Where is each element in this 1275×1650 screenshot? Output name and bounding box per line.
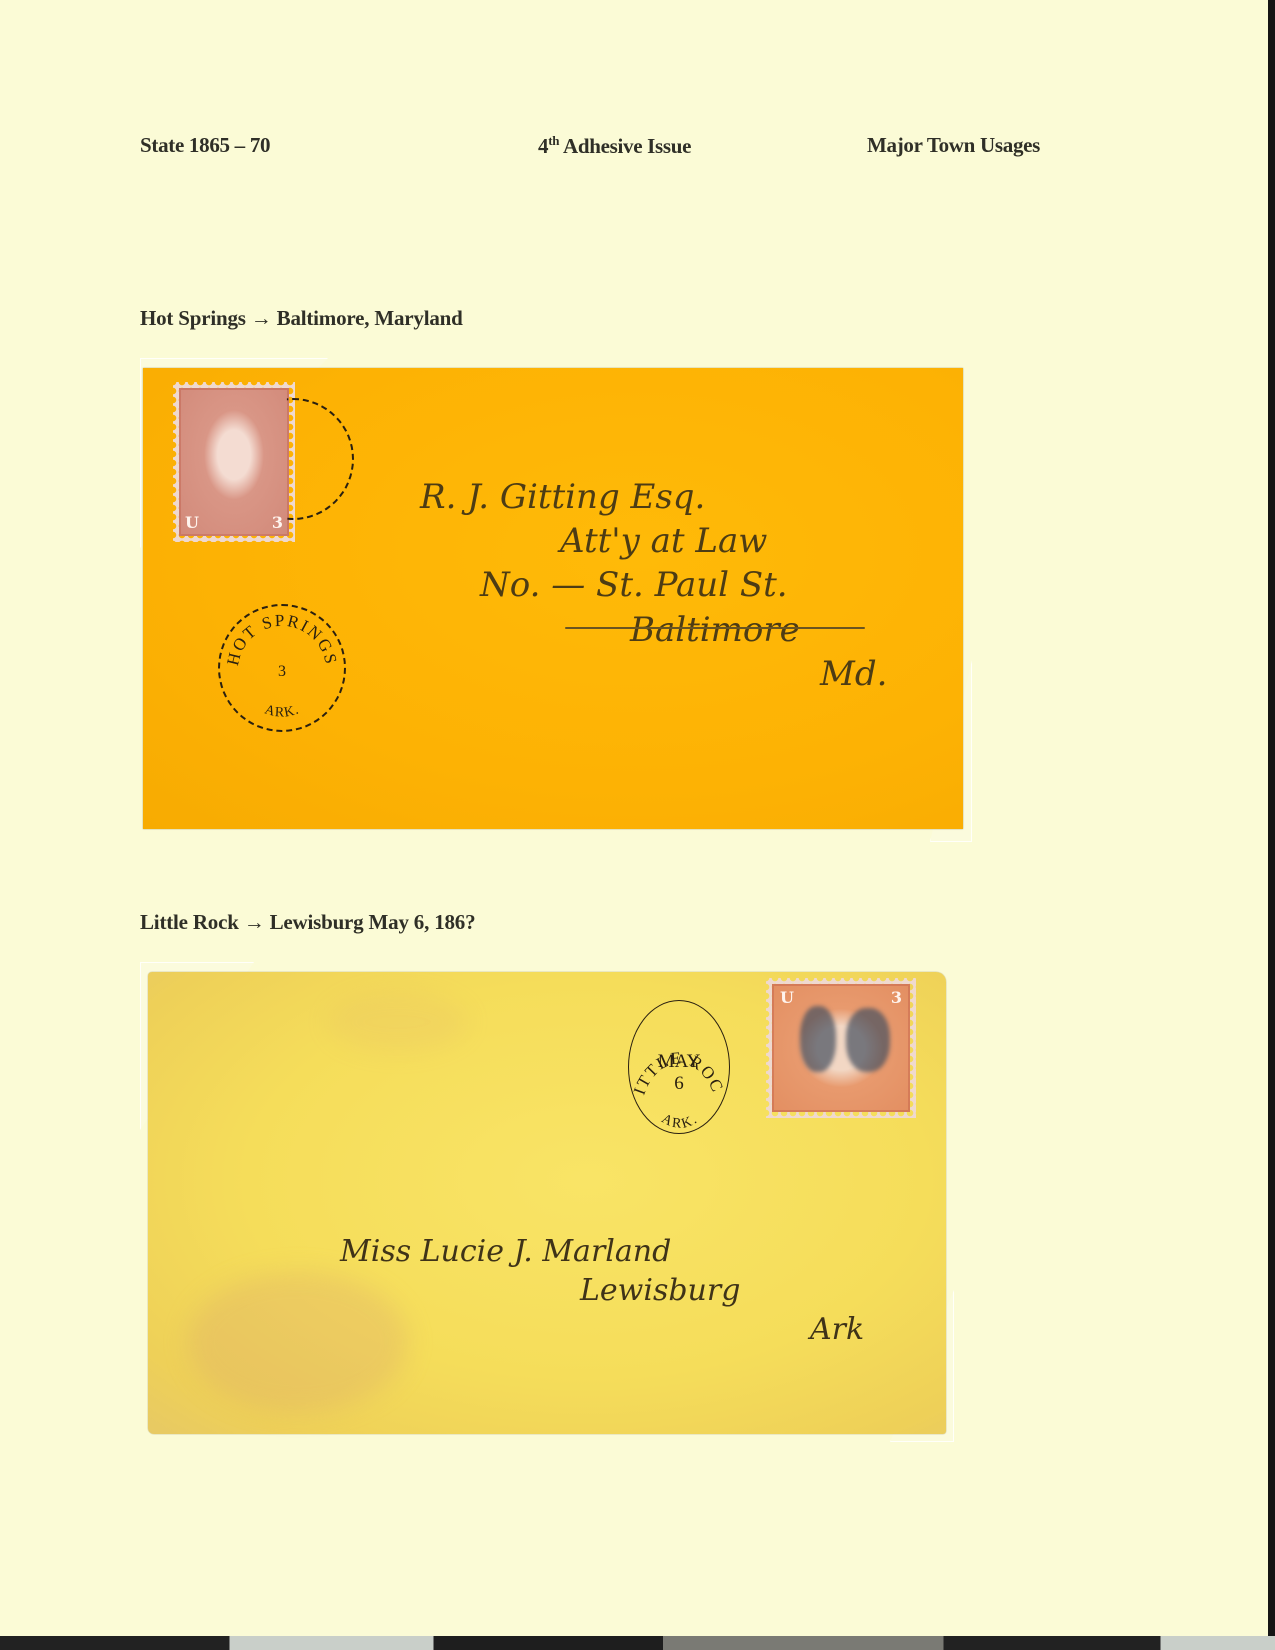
cork-cancel bbox=[846, 1008, 890, 1072]
address-line: Ark bbox=[810, 1310, 864, 1349]
address-line: Att'y at Law bbox=[560, 519, 887, 563]
address-line: Baltimore bbox=[630, 608, 887, 652]
cover-2-stamp: U 3 bbox=[766, 978, 916, 1118]
address-underline bbox=[565, 627, 865, 629]
address-line: R. J. Gitting Esq. bbox=[420, 475, 887, 519]
stamp-denomination: 3 bbox=[891, 988, 902, 1007]
postmark-town: HOT SPRINGS bbox=[223, 611, 341, 667]
stamp-corner-label: U bbox=[780, 988, 794, 1007]
svg-text:ARK.: ARK. bbox=[659, 1111, 701, 1132]
cover-1-caption: Hot Springs → Baltimore, Maryland bbox=[140, 306, 463, 331]
cover-2-postmark: LITTLE ROCK ARK. MAY 6 bbox=[628, 1000, 730, 1134]
svg-text:HOT SPRINGS: HOT SPRINGS bbox=[223, 611, 341, 667]
header-issue-number: 4 bbox=[538, 134, 548, 158]
scanner-edge bbox=[0, 1636, 1275, 1650]
cover-1-postmark: HOT SPRINGS ARK. 3 bbox=[218, 604, 346, 732]
toning-stain bbox=[328, 992, 468, 1052]
postmark-month: MAY bbox=[658, 1051, 701, 1072]
stamp-denomination: 3 bbox=[272, 513, 283, 532]
header-issue: 4th Adhesive Issue bbox=[538, 133, 691, 159]
header-issue-text: Adhesive Issue bbox=[559, 134, 691, 158]
address-line: No. — St. Paul St. bbox=[480, 563, 887, 607]
album-page: State 1865 – 70 4th Adhesive Issue Major… bbox=[0, 0, 1268, 1636]
header-usage: Major Town Usages bbox=[867, 133, 1040, 158]
cover-1-stamp: U 3 bbox=[173, 382, 295, 542]
cover-2-caption: Little Rock → Lewisburg May 6, 186? bbox=[140, 910, 475, 935]
address-line: Lewisburg bbox=[580, 1271, 864, 1310]
address-line: Md. bbox=[820, 652, 887, 696]
cover-2-address: Miss Lucie J. Marland Lewisburg Ark bbox=[340, 1232, 864, 1349]
cork-cancel bbox=[800, 1006, 836, 1072]
header-period: State 1865 – 70 bbox=[140, 133, 270, 158]
postmark-center: 3 bbox=[278, 663, 286, 680]
postmark-state: ARK. bbox=[659, 1111, 701, 1132]
scanner-edge bbox=[1268, 0, 1275, 1650]
postmark-state: ARK. bbox=[263, 702, 302, 720]
postmark-day: 6 bbox=[674, 1073, 684, 1094]
svg-text:ARK.: ARK. bbox=[263, 702, 302, 720]
stamp-corner-label: U bbox=[185, 513, 199, 532]
header-issue-suffix: th bbox=[548, 133, 559, 148]
cover-1-address: R. J. Gitting Esq. Att'y at Law No. — St… bbox=[400, 475, 887, 696]
address-line: Miss Lucie J. Marland bbox=[340, 1232, 864, 1271]
